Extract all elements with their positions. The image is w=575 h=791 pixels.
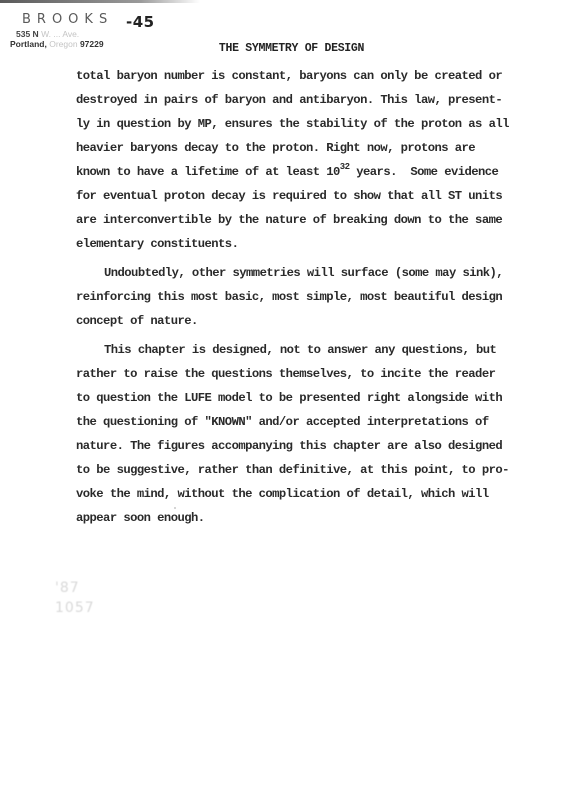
text-line: rather to raise the questions themselves…	[76, 362, 546, 386]
text-line: voke the mind, without the complication …	[76, 482, 546, 506]
stamp-street-number: 535 N	[16, 29, 39, 39]
text-line: reinforcing this most basic, most simple…	[76, 285, 546, 309]
page-title: THE SYMMETRY OF DESIGN	[0, 42, 575, 55]
stamp-street: 535 N W. ... Ave.	[16, 29, 79, 39]
document-body: total baryon number is constant, baryons…	[76, 64, 546, 530]
paragraph-2: Undoubtedly, other symmetries will surfa…	[76, 261, 546, 333]
paragraph-1: total baryon number is constant, baryons…	[76, 64, 546, 256]
text-line: Undoubtedly, other symmetries will surfa…	[76, 261, 546, 285]
text-line: appear soon enough.	[76, 506, 546, 530]
text-segment: years. Some evidence	[350, 165, 499, 179]
text-line: ly in question by MP, ensures the stabil…	[76, 112, 546, 136]
faded-stamp-mark: '87 1057	[55, 578, 100, 633]
text-line: concept of nature.	[76, 309, 546, 333]
text-line: to question the LUFE model to be present…	[76, 386, 546, 410]
text-line: the questioning of "KNOWN" and/or accept…	[76, 410, 546, 434]
scan-edge-shadow	[0, 0, 200, 3]
text-line: destroyed in pairs of baryon and antibar…	[76, 88, 546, 112]
stamp-street-faded: W. ... Ave.	[41, 29, 79, 39]
text-line: for eventual proton decay is required to…	[76, 184, 546, 208]
paper-speck	[174, 507, 176, 509]
text-line: nature. The figures accompanying this ch…	[76, 434, 546, 458]
text-line: total baryon number is constant, baryons…	[76, 64, 546, 88]
text-line: known to have a lifetime of at least 103…	[76, 160, 546, 184]
text-line: are interconvertible by the nature of br…	[76, 208, 546, 232]
text-segment: known to have a lifetime of at least 10	[76, 165, 340, 179]
text-line: heavier baryons decay to the proton. Rig…	[76, 136, 546, 160]
stamp-name: BROOKS	[22, 12, 113, 27]
exponent: 32	[340, 162, 350, 172]
text-line: to be suggestive, rather than definitive…	[76, 458, 546, 482]
page-number: -45	[126, 13, 155, 31]
text-line: This chapter is designed, not to answer …	[76, 338, 546, 362]
text-line: elementary constituents.	[76, 232, 546, 256]
paragraph-3: This chapter is designed, not to answer …	[76, 338, 546, 530]
